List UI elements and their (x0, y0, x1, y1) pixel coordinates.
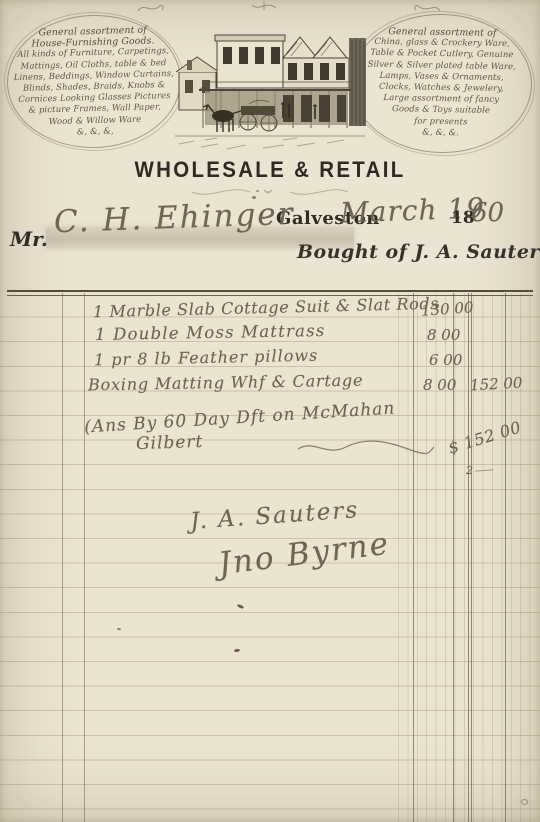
oval-line: &, &, &. (351, 126, 530, 140)
oval-line: Linens, Beddings, Window Curtains, (8, 69, 180, 85)
money-column-rule (413, 293, 414, 822)
ink-speck (252, 196, 256, 199)
oval-line: Table & Pocket Cutlery, Genuine (352, 48, 531, 62)
oval-line: House-Furnishing Goods. (7, 35, 179, 51)
oval-line: Silver & Silver plated table Ware, (352, 59, 531, 73)
oval-line: for presents (351, 115, 530, 129)
oval-line: Cornices Looking Glasses Pictures (8, 91, 180, 107)
ledger-left-rule (62, 293, 63, 822)
flourish-icon (136, 2, 166, 15)
left-advertising-oval: General assortment of House-Furnishing G… (5, 13, 182, 151)
money-column-rule (505, 293, 506, 822)
oval-line: General assortment of (353, 25, 532, 39)
bought-of-line: Bought of J. A. Sauter's. (297, 241, 540, 263)
money-column-rule (471, 293, 472, 822)
ink-speck (521, 799, 528, 805)
oval-line: Wood & Willow Ware (9, 113, 181, 129)
oval-line: Clocks, Watches & Jewelery, (352, 81, 531, 95)
money-column-rule (453, 293, 454, 822)
item-description: 1 Double Moss Mattrass (95, 321, 326, 344)
item-amount: 8 00 (423, 376, 456, 394)
storefront-engraving (165, 16, 373, 158)
wholesale-retail-banner: WHOLESALE & RETAIL (19, 157, 521, 183)
oval-line: Mattings, Oil Cloths, table & bed (7, 57, 179, 73)
ink-speck (256, 190, 259, 192)
item-amount: 8 00 (427, 326, 460, 344)
items-total-amount: 152 00 (470, 374, 523, 395)
flourish-icon (250, 0, 280, 13)
item-amount: 130 00 (420, 298, 474, 320)
oval-line: & picture Frames, Wall Paper, (9, 102, 181, 118)
oval-line: Blinds, Shades, Braids, Knobs & (8, 80, 180, 96)
handwritten-year: 60 (471, 198, 504, 228)
pen-flourish-icon (296, 437, 436, 459)
item-amount: 6 00 (429, 351, 462, 369)
ledger-left-rule (84, 293, 85, 822)
oval-line: China, glass & Crockery Ware, (353, 37, 532, 51)
oval-line: All kinds of Furniture, Carpetings, (7, 46, 179, 62)
oval-line: &, &, &, (9, 125, 181, 141)
scanned-billhead-document: General assortment of House-Furnishing G… (0, 0, 540, 822)
money-column-rule (468, 293, 469, 822)
oval-line: Lamps, Vases & Ornaments, (352, 70, 531, 84)
payment-note-line2: Gilbert (136, 432, 204, 454)
oval-line: Large assortment of fancy (352, 93, 531, 107)
right-advertising-oval: General assortment of China, glass & Cro… (350, 12, 533, 154)
customer-prefix: Mr. (10, 227, 48, 251)
oval-line: General assortment of (7, 24, 179, 40)
payment-amount-note: 2 (466, 464, 493, 477)
oval-line: Goods & Toys suitable (351, 104, 530, 118)
